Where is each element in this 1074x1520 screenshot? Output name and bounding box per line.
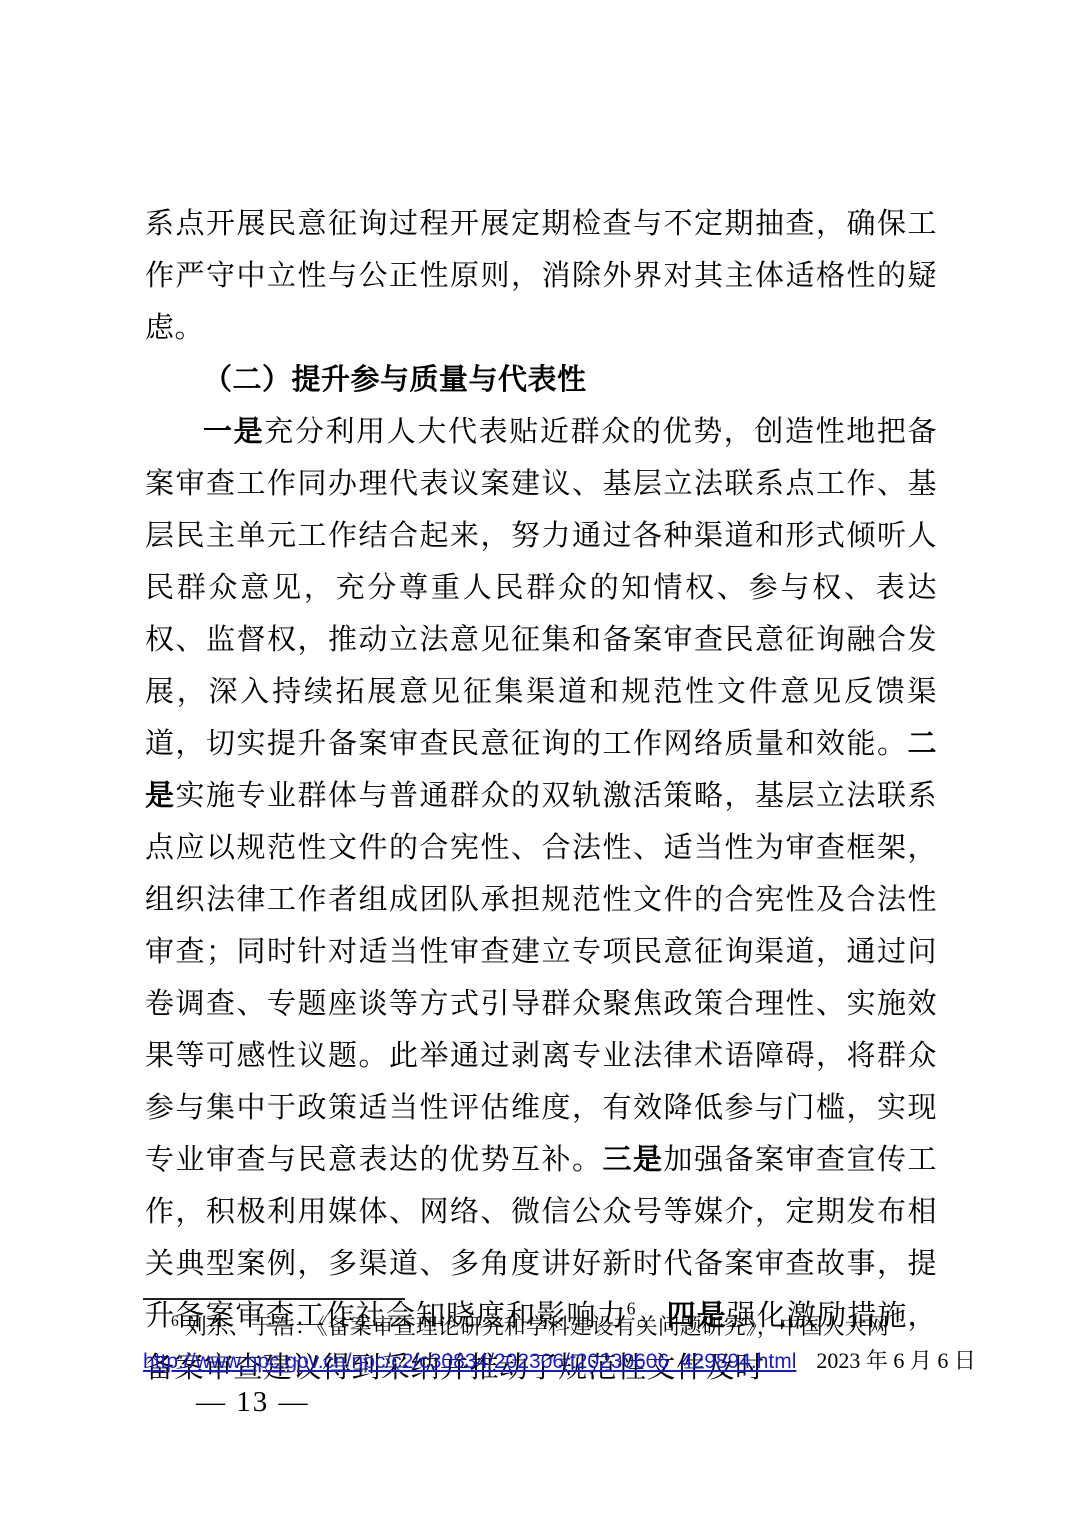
paragraph-main: 一是充分利用人大代表贴近群众的优势，创造性地把备案审查工作同办理代表议案建议、基… <box>145 406 937 1394</box>
emphasis-run: 三是 <box>602 1144 663 1176</box>
document-page: 系点开展民意征询过程开展定期检查与不定期抽查，确保工作严守中立性与公正性原则，消… <box>0 0 1074 1520</box>
footnote-area: 6刘东、于浩：《备案审查理论研究和学科建设有关问题研究》，中国人大网 http:… <box>143 1298 935 1380</box>
footnote-separator <box>143 1298 405 1300</box>
section-heading: （二）提升参与质量与代表性 <box>145 354 937 406</box>
footnote-link[interactable]: http://www.npc.gov.cn/npc/c2/c30834/2023… <box>143 1350 796 1373</box>
page-number: — 13 — <box>196 1386 310 1419</box>
footnote-text-line: 6刘东、于浩：《备案审查理论研究和学科建设有关问题研究》，中国人大网 <box>143 1310 935 1343</box>
text-run: 充分利用人大代表贴近群众的优势，创造性地把备案审查工作同办理代表议案建议、基层立… <box>145 416 937 760</box>
text-run: 实施专业群体与普通群众的双轨激活策略，基层立法联系点应以规范性文件的合宪性、合法… <box>145 780 937 1176</box>
document-body: 系点开展民意征询过程开展定期检查与不定期抽查，确保工作严守中立性与公正性原则，消… <box>145 198 937 1394</box>
footnote-marker: 6 <box>171 1313 179 1330</box>
paragraph-continuation: 系点开展民意征询过程开展定期检查与不定期抽查，确保工作严守中立性与公正性原则，消… <box>145 198 937 354</box>
footnote-text: 刘东、于浩：《备案审查理论研究和学科建设有关问题研究》，中国人大网 <box>185 1314 889 1339</box>
footnote-link-line: http://www.npc.gov.cn/npc/c2/c30834/2023… <box>143 1343 935 1380</box>
footnote-date: 2023 年 6 月 6 日 <box>816 1348 976 1373</box>
emphasis-run: 一是 <box>203 416 264 448</box>
